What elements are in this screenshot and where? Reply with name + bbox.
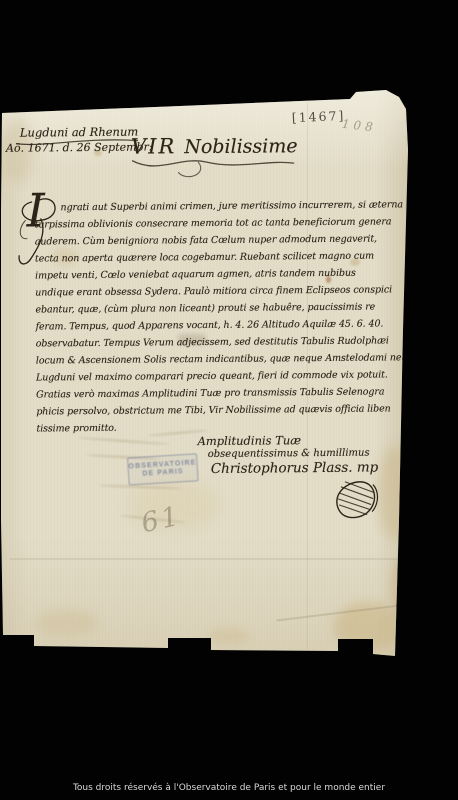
archive-number: [1467]: [291, 108, 345, 125]
closing-line-2: obsequentissimus & humillimus: [208, 448, 370, 460]
letter-content: [1467] 108 Lugduni ad Rhenum Aō. 1671. d…: [0, 88, 414, 664]
folio-number-pencil: 108: [341, 117, 377, 135]
salutation-title: VIR: [131, 134, 176, 158]
salutation-name: Nobilissime: [184, 135, 297, 158]
salutation: VIRNobilissime: [131, 133, 298, 158]
body-line: phicis persolvo, obstrictum me Tibi, Vir…: [36, 400, 404, 420]
signature-paraph-icon: [329, 474, 381, 520]
copyright-caption: Tous droits réservés à l'Observatoire de…: [0, 782, 458, 794]
library-stamp: OBSERVATOIRE DE PARIS: [127, 453, 199, 485]
place-line: Lugduni ad Rhenum: [20, 125, 138, 140]
signature: Christophorus Plass. mp: [211, 460, 379, 477]
manuscript-paper: [1467] 108 Lugduni ad Rhenum Aō. 1671. d…: [0, 90, 412, 662]
closing-line-1: Amplitudinis Tuæ: [198, 433, 302, 448]
letter-body: ngrati aut Superbi animi crimen, jure me…: [34, 196, 404, 437]
pencil-mark: 61: [138, 500, 184, 539]
photo-backdrop: [1467] 108 Lugduni ad Rhenum Aō. 1671. d…: [0, 0, 458, 800]
stamp-line-2: DE PARIS: [142, 468, 184, 479]
